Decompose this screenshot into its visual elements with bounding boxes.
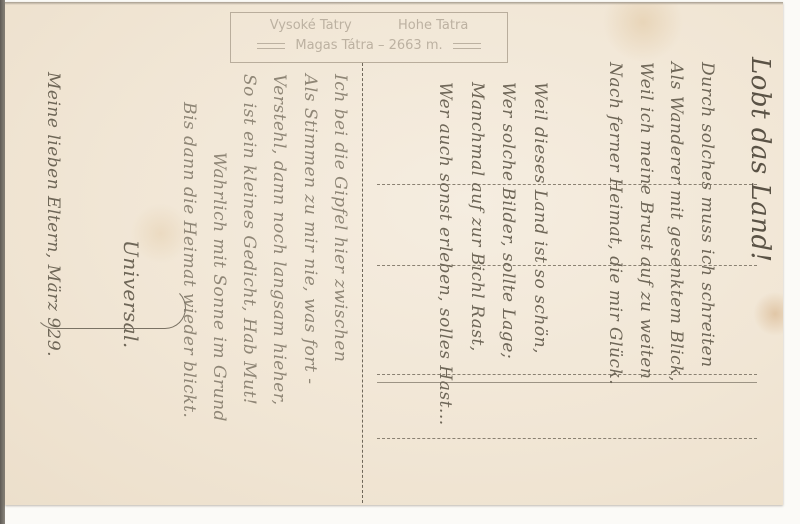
handwriting-line: Wer auch sonst erleben, solles Hast...: [435, 82, 455, 426]
handwriting-line: So ist ein kleines Gedicht, Hab Mut!: [239, 74, 259, 405]
handwriting-closing-date: Meine lieben Eltern, März 929.: [43, 72, 63, 357]
printed-location-stamp: Vysoké Tatry Hohe Tatra Magas Tátra – 26…: [230, 12, 508, 63]
handwriting-line: Als Stimmen zu mir nie, was fort -: [300, 74, 320, 385]
handwriting-line: Ich bei die Gipfel hier zwischen: [330, 74, 350, 362]
card-top-edge: [5, 2, 783, 5]
handwriting-line: Durch solches muss ich schreiten: [697, 62, 717, 368]
address-line-4: [377, 438, 757, 439]
stamp-row-2: Magas Tátra – 2663 m.: [231, 36, 507, 56]
handwriting-line: Weil dieses Land ist so schön,: [530, 82, 550, 354]
handwriting-line: Manchmal auf zur Bichl Rast,: [467, 82, 487, 352]
handwriting-line: Verstehl, dann noch langsam hieher,: [269, 74, 289, 406]
handwriting-greeting: Lobt das Land!: [745, 57, 775, 263]
center-divider-line: [362, 63, 363, 503]
stamp-hungarian-name-altitude: Magas Tátra – 2663 m.: [295, 38, 442, 53]
stamp-row-1: Vysoké Tatry Hohe Tatra: [231, 16, 507, 36]
handwriting-line: Als Wanderer mit gesenktem Blick,: [666, 62, 686, 382]
handwriting-line: Weil ich meine Brust auf zu weiten: [636, 62, 656, 379]
stamp-rule-left: [257, 43, 285, 49]
handwriting-line: Wahrlich mit Sonne im Grund: [209, 152, 229, 422]
stamp-slovak-name: Vysoké Tatry: [270, 18, 352, 33]
stamp-rule-right: [453, 43, 481, 49]
postcard-back: Vysoké Tatry Hohe Tatra Magas Tátra – 26…: [5, 2, 783, 505]
handwriting-line: Nach ferner Heimat, die mir Glück.: [605, 62, 625, 385]
handwriting-line: Wer solche Bilder, sollte Lage;: [498, 82, 518, 359]
stamp-german-name: Hohe Tatra: [398, 18, 468, 33]
address-line-3: [377, 374, 757, 375]
handwriting-line: Bis dann die Heimat wieder blickt.: [179, 102, 199, 418]
